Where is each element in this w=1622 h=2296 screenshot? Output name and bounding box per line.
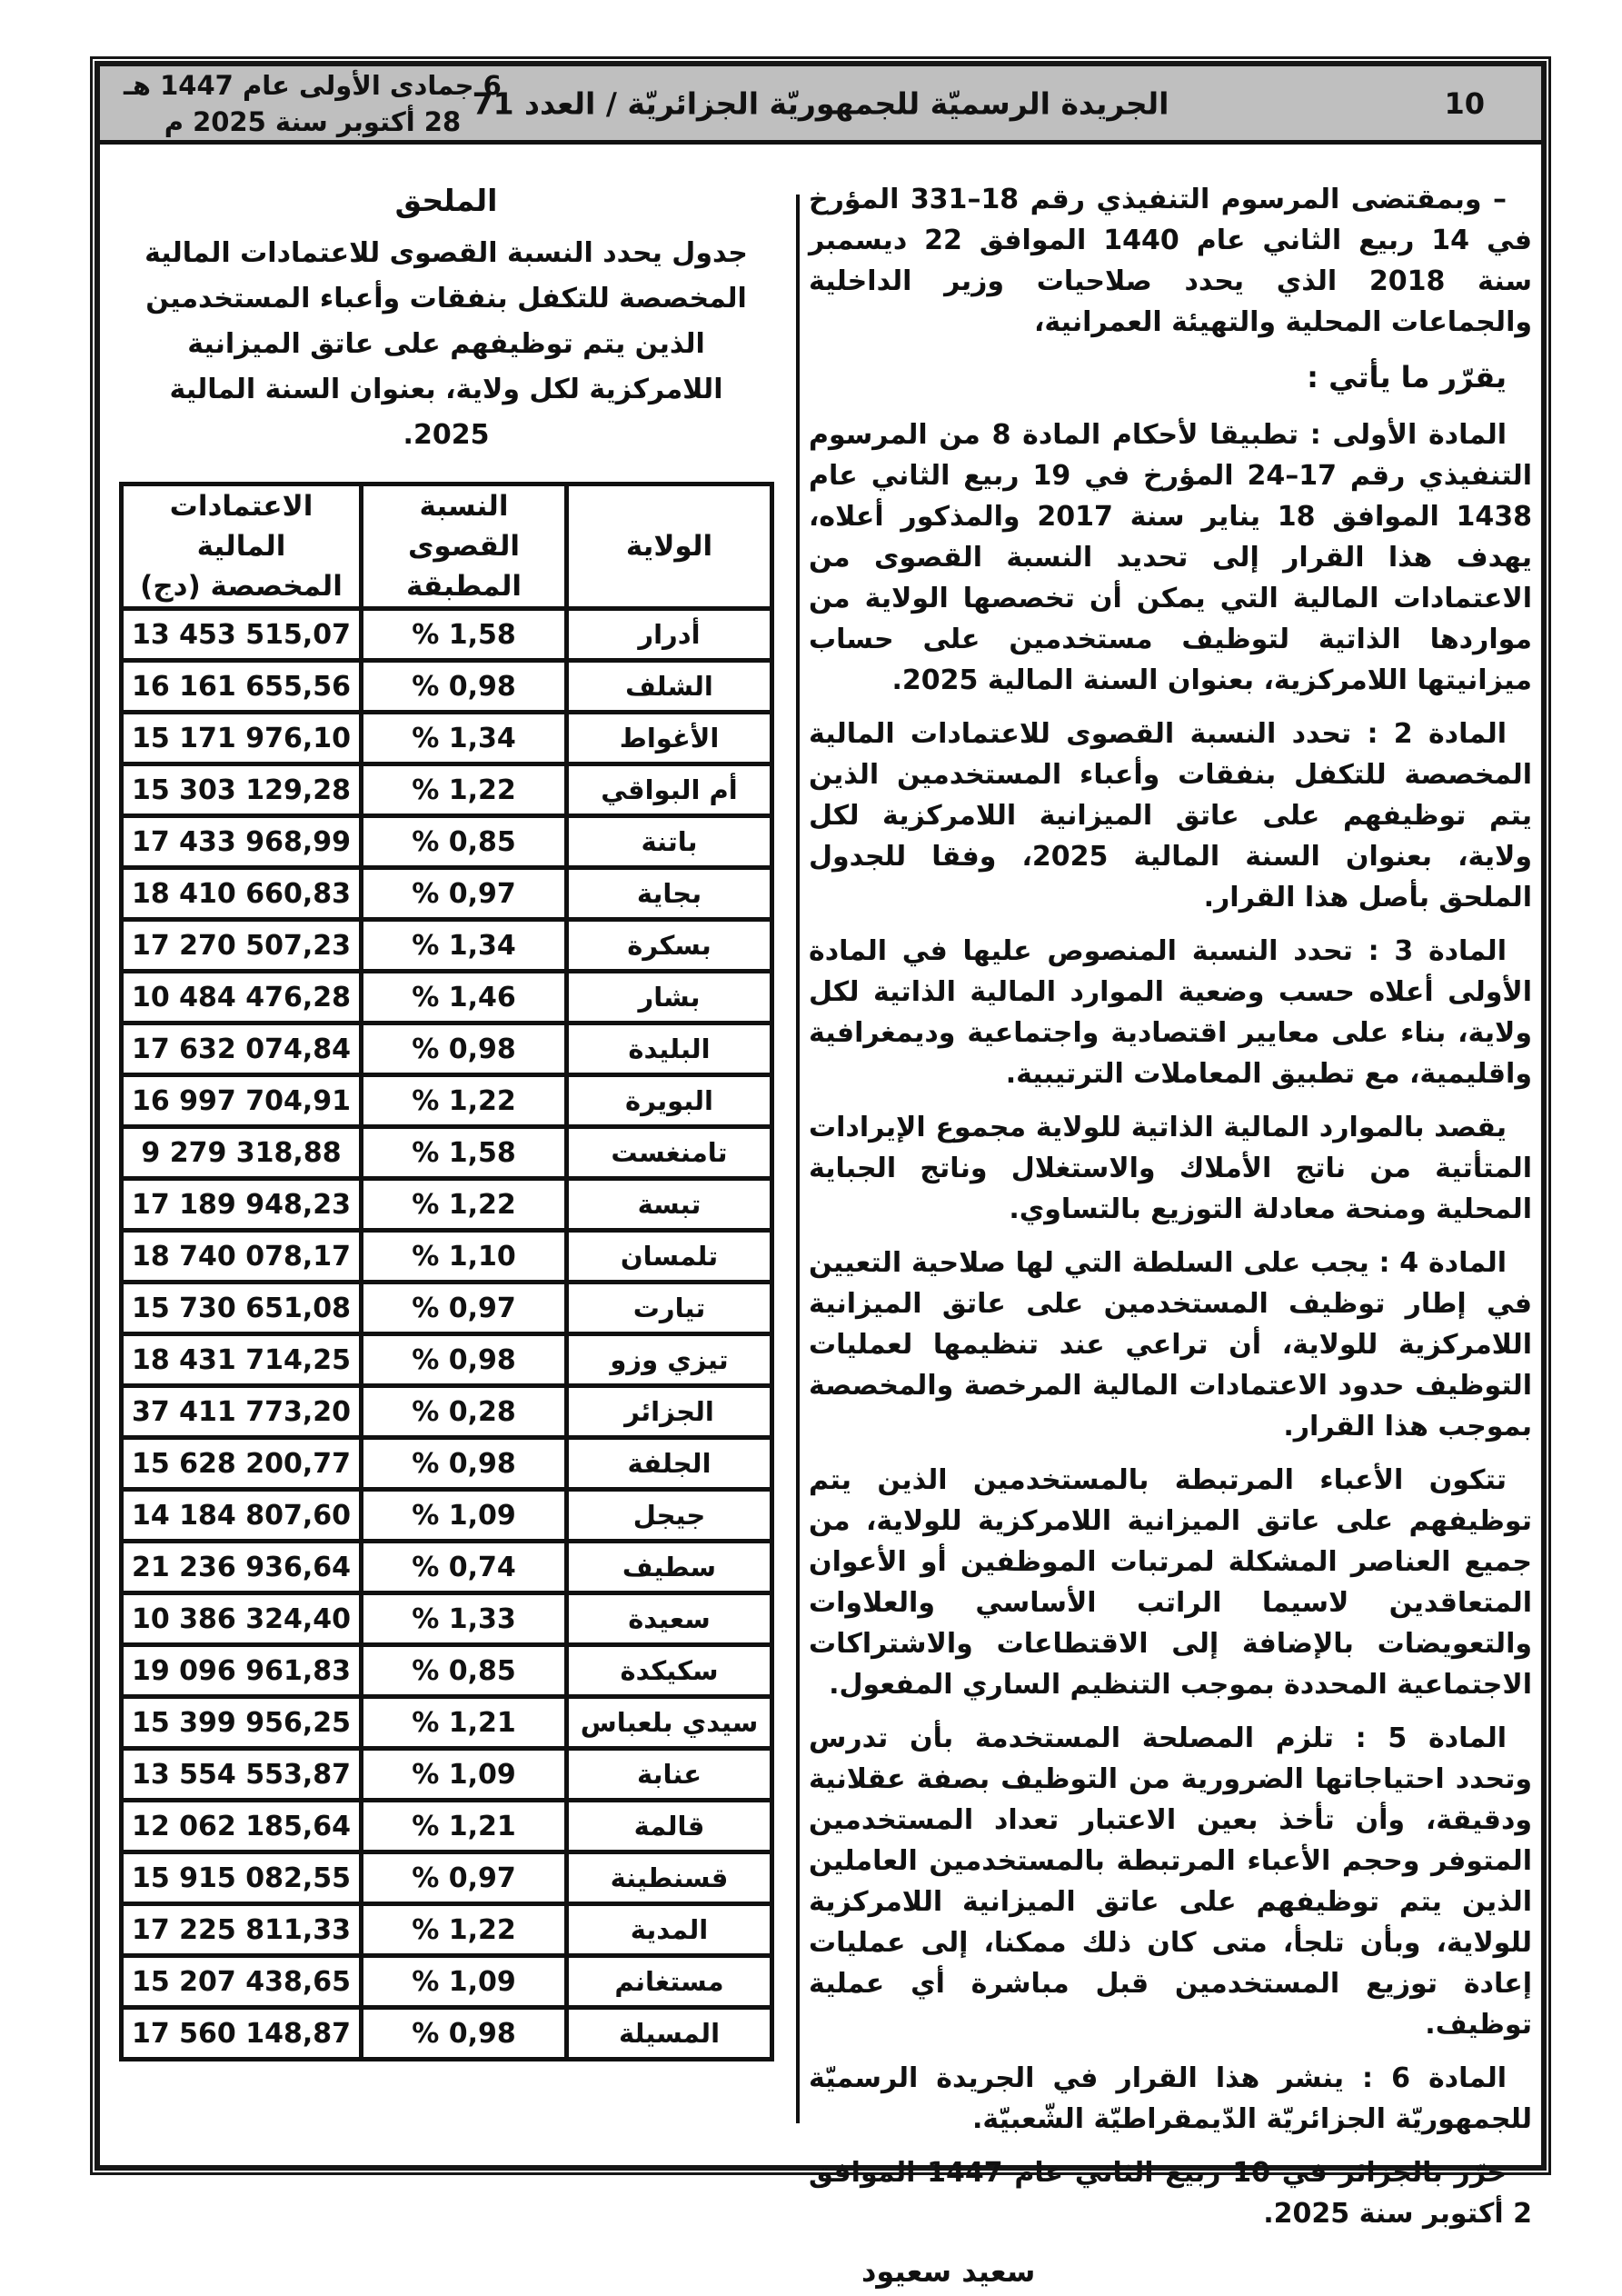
decree-paragraph: حرّر بالجزائر في 10 ربيع الثاني عام 1447… <box>809 2152 1532 2234</box>
table-row: بشار% 1,4610 484 476,28 <box>122 972 772 1023</box>
decree-paragraph: المادة 5 : تلزم المصلحة المستخدمة بأن تد… <box>809 1718 1532 2045</box>
table-row: تبسة% 1,2217 189 948,23 <box>122 1179 772 1231</box>
cell-rate: % 1,22 <box>362 764 567 816</box>
table-row: باتنة% 0,8517 433 968,99 <box>122 816 772 868</box>
cell-rate: % 1,22 <box>362 1075 567 1127</box>
cell-rate: % 1,21 <box>362 1801 567 1852</box>
cell-rate: % 1,10 <box>362 1231 567 1283</box>
page-content: – وبمقتضى المرسوم التنفيذي رقم 18–331 ال… <box>100 145 1541 2161</box>
cell-amount: 37 411 773,20 <box>122 1386 362 1438</box>
cell-amount: 15 303 129,28 <box>122 764 362 816</box>
cell-amount: 10 386 324,40 <box>122 1593 362 1645</box>
cell-wilaya: المسيلة <box>567 2008 772 2060</box>
cell-wilaya: البليدة <box>567 1023 772 1075</box>
table-row: المسيلة% 0,9817 560 148,87 <box>122 2008 772 2060</box>
article-lead: المادة 5 : <box>1334 1722 1507 1754</box>
cell-rate: % 0,97 <box>362 868 567 920</box>
cell-rate: % 1,46 <box>362 972 567 1023</box>
table-row: تيارت% 0,9715 730 651,08 <box>122 1283 772 1334</box>
cell-wilaya: الجلفة <box>567 1438 772 1490</box>
cell-rate: % 1,09 <box>362 1956 567 2008</box>
cell-rate: % 0,28 <box>362 1386 567 1438</box>
cell-rate: % 1,58 <box>362 609 567 661</box>
cell-rate: % 1,58 <box>362 1127 567 1179</box>
cell-wilaya: باتنة <box>567 816 772 868</box>
cell-amount: 15 628 200,77 <box>122 1438 362 1490</box>
decree-formula-line: يقرّر ما يأتي : <box>809 357 1532 398</box>
cell-wilaya: جيجل <box>567 1490 772 1542</box>
cell-rate: % 0,98 <box>362 1023 567 1075</box>
table-row: بسكرة% 1,3417 270 507,23 <box>122 920 772 972</box>
cell-wilaya: بسكرة <box>567 920 772 972</box>
cell-wilaya: سيدي بلعباس <box>567 1697 772 1749</box>
cell-wilaya: بشار <box>567 972 772 1023</box>
cell-amount: 21 236 936,64 <box>122 1542 362 1593</box>
cell-rate: % 0,98 <box>362 2008 567 2060</box>
article-lead: المادة 6 : <box>1344 2062 1507 2094</box>
cell-wilaya: قالمة <box>567 1801 772 1852</box>
article-lead: المادة الأولى : <box>1299 419 1507 451</box>
cell-rate: % 1,34 <box>362 713 567 764</box>
table-row: البليدة% 0,9817 632 074,84 <box>122 1023 772 1075</box>
cell-rate: % 1,34 <box>362 920 567 972</box>
decree-paragraph: المادة 2 : تحدد النسبة القصوى للاعتمادات… <box>809 714 1532 918</box>
wilaya-table-body: أدرار% 1,5813 453 515,07الشلف% 0,9816 16… <box>122 609 772 2060</box>
table-header-row: الولاية النسبة القصوى المطبقة الاعتمادات… <box>122 484 772 609</box>
cell-amount: 16 161 655,56 <box>122 661 362 713</box>
cell-wilaya: سكيكدة <box>567 1645 772 1697</box>
cell-rate: % 0,97 <box>362 1283 567 1334</box>
cell-rate: % 1,22 <box>362 1179 567 1231</box>
decree-paragraph: المادة 3 : تحدد النسبة المنصوص عليها في … <box>809 931 1532 1094</box>
cell-wilaya: البويرة <box>567 1075 772 1127</box>
table-row: سعيدة% 1,3310 386 324,40 <box>122 1593 772 1645</box>
cell-rate: % 1,33 <box>362 1593 567 1645</box>
cell-wilaya: أم البواقي <box>567 764 772 816</box>
cell-rate: % 1,09 <box>362 1490 567 1542</box>
decree-paragraph: يقصد بالموارد المالية الذاتية للولاية مج… <box>809 1107 1532 1230</box>
cell-amount: 15 730 651,08 <box>122 1283 362 1334</box>
cell-rate: % 0,85 <box>362 1645 567 1697</box>
cell-amount: 17 433 968,99 <box>122 816 362 868</box>
cell-wilaya: تبسة <box>567 1179 772 1231</box>
annex-subtitle: جدول يحدد النسبة القصوى للاعتمادات المال… <box>122 231 771 458</box>
cell-wilaya: تيزي وزو <box>567 1334 772 1386</box>
table-row: سكيكدة% 0,8519 096 961,83 <box>122 1645 772 1697</box>
cell-rate: % 0,74 <box>362 1542 567 1593</box>
cell-wilaya: أدرار <box>567 609 772 661</box>
table-row: عنابة% 1,0913 554 553,87 <box>122 1749 772 1801</box>
cell-rate: % 0,98 <box>362 1438 567 1490</box>
header-wilaya: الولاية <box>567 484 772 609</box>
table-row: سطيف% 0,7421 236 936,64 <box>122 1542 772 1593</box>
cell-amount: 18 410 660,83 <box>122 868 362 920</box>
cell-rate: % 0,85 <box>362 816 567 868</box>
table-row: الأغواط% 1,3415 171 976,10 <box>122 713 772 764</box>
issue-dates: 6 جمادى الأولى عام 1447 هـ 28 أكتوبر سنة… <box>124 67 502 140</box>
table-row: تلمسان% 1,1018 740 078,17 <box>122 1231 772 1283</box>
decree-paragraph: المادة 6 : ينشر هذا القرار في الجريدة ال… <box>809 2058 1532 2140</box>
page-number: 10 <box>1444 86 1485 121</box>
column-divider <box>796 195 800 2123</box>
page-frame: 10 الجريدة الرسميّة للجمهوريّة الجزائريّ… <box>90 56 1551 2175</box>
cell-wilaya: سعيدة <box>567 1593 772 1645</box>
cell-wilaya: مستغانم <box>567 1956 772 2008</box>
gazette-title: الجريدة الرسميّة للجمهوريّة الجزائريّة /… <box>473 85 1169 121</box>
decree-paragraph: المادة الأولى : تطبيقا لأحكام المادة 8 م… <box>809 414 1532 701</box>
cell-wilaya: الأغواط <box>567 713 772 764</box>
cell-rate: % 1,09 <box>362 1749 567 1801</box>
annex-column: الملحق جدول يحدد النسبة القصوى للاعتمادا… <box>100 183 792 2061</box>
table-row: جيجل% 1,0914 184 807,60 <box>122 1490 772 1542</box>
article-lead: المادة 2 : <box>1351 718 1507 750</box>
cell-rate: % 1,22 <box>362 1904 567 1956</box>
cell-amount: 17 189 948,23 <box>122 1179 362 1231</box>
cell-amount: 16 997 704,91 <box>122 1075 362 1127</box>
cell-amount: 17 560 148,87 <box>122 2008 362 2060</box>
minister-signature: سعيد سعيود <box>809 2254 1532 2289</box>
cell-amount: 17 632 074,84 <box>122 1023 362 1075</box>
cell-amount: 10 484 476,28 <box>122 972 362 1023</box>
cell-amount: 18 740 078,17 <box>122 1231 362 1283</box>
article-lead: المادة 3 : <box>1353 935 1507 967</box>
cell-amount: 9 279 318,88 <box>122 1127 362 1179</box>
table-row: بجاية% 0,9718 410 660,83 <box>122 868 772 920</box>
table-row: أدرار% 1,5813 453 515,07 <box>122 609 772 661</box>
decree-text-column: – وبمقتضى المرسوم التنفيذي رقم 18–331 ال… <box>809 179 1532 2289</box>
wilaya-allocations-table: الولاية النسبة القصوى المطبقة الاعتمادات… <box>119 482 774 2061</box>
table-row: الشلف% 0,9816 161 655,56 <box>122 661 772 713</box>
cell-amount: 15 399 956,25 <box>122 1697 362 1749</box>
cell-amount: 17 270 507,23 <box>122 920 362 972</box>
cell-wilaya: تلمسان <box>567 1231 772 1283</box>
annex-title: الملحق <box>100 183 792 218</box>
page-frame-inner: 10 الجريدة الرسميّة للجمهوريّة الجزائريّ… <box>95 61 1547 2171</box>
cell-amount: 15 207 438,65 <box>122 1956 362 2008</box>
cell-wilaya: الشلف <box>567 661 772 713</box>
decree-paragraph: – وبمقتضى المرسوم التنفيذي رقم 18–331 ال… <box>809 179 1532 343</box>
cell-amount: 18 431 714,25 <box>122 1334 362 1386</box>
table-row: سيدي بلعباس% 1,2115 399 956,25 <box>122 1697 772 1749</box>
table-row: الجزائر% 0,2837 411 773,20 <box>122 1386 772 1438</box>
cell-rate: % 0,97 <box>362 1852 567 1904</box>
decree-paragraph: تتكون الأعباء المرتبطة بالمستخدمين الذين… <box>809 1460 1532 1705</box>
paragraphs-container: – وبمقتضى المرسوم التنفيذي رقم 18–331 ال… <box>809 179 1532 2234</box>
cell-wilaya: سطيف <box>567 1542 772 1593</box>
cell-wilaya: عنابة <box>567 1749 772 1801</box>
cell-amount: 17 225 811,33 <box>122 1904 362 1956</box>
date-hijri: 6 جمادى الأولى عام 1447 هـ <box>124 67 502 104</box>
cell-rate: % 0,98 <box>362 1334 567 1386</box>
table-row: تامنغست% 1,589 279 318,88 <box>122 1127 772 1179</box>
cell-wilaya: بجاية <box>567 868 772 920</box>
cell-amount: 15 171 976,10 <box>122 713 362 764</box>
table-row: أم البواقي% 1,2215 303 129,28 <box>122 764 772 816</box>
table-row: قالمة% 1,2112 062 185,64 <box>122 1801 772 1852</box>
header-amount: الاعتمادات المالية المخصصة (دج) <box>122 484 362 609</box>
cell-wilaya: تيارت <box>567 1283 772 1334</box>
article-lead: المادة 4 : <box>1369 1247 1507 1279</box>
cell-rate: % 1,21 <box>362 1697 567 1749</box>
cell-amount: 15 915 082,55 <box>122 1852 362 1904</box>
cell-wilaya: الجزائر <box>567 1386 772 1438</box>
cell-wilaya: تامنغست <box>567 1127 772 1179</box>
date-gregorian: 28 أكتوبر سنة 2025 م <box>124 104 502 140</box>
table-row: قسنطينة% 0,9715 915 082,55 <box>122 1852 772 1904</box>
gazette-header-band: 10 الجريدة الرسميّة للجمهوريّة الجزائريّ… <box>100 66 1541 145</box>
table-row: تيزي وزو% 0,9818 431 714,25 <box>122 1334 772 1386</box>
cell-wilaya: قسنطينة <box>567 1852 772 1904</box>
article-lead: يقرّر ما يأتي : <box>1307 360 1507 394</box>
cell-amount: 13 453 515,07 <box>122 609 362 661</box>
cell-amount: 12 062 185,64 <box>122 1801 362 1852</box>
table-row: البويرة% 1,2216 997 704,91 <box>122 1075 772 1127</box>
cell-amount: 14 184 807,60 <box>122 1490 362 1542</box>
decree-paragraph: المادة 4 : يجب على السلطة التي لها صلاحي… <box>809 1243 1532 1447</box>
cell-rate: % 0,98 <box>362 661 567 713</box>
table-row: مستغانم% 1,0915 207 438,65 <box>122 1956 772 2008</box>
cell-amount: 13 554 553,87 <box>122 1749 362 1801</box>
table-row: الجلفة% 0,9815 628 200,77 <box>122 1438 772 1490</box>
header-rate: النسبة القصوى المطبقة <box>362 484 567 609</box>
cell-wilaya: المدية <box>567 1904 772 1956</box>
table-row: المدية% 1,2217 225 811,33 <box>122 1904 772 1956</box>
cell-amount: 19 096 961,83 <box>122 1645 362 1697</box>
